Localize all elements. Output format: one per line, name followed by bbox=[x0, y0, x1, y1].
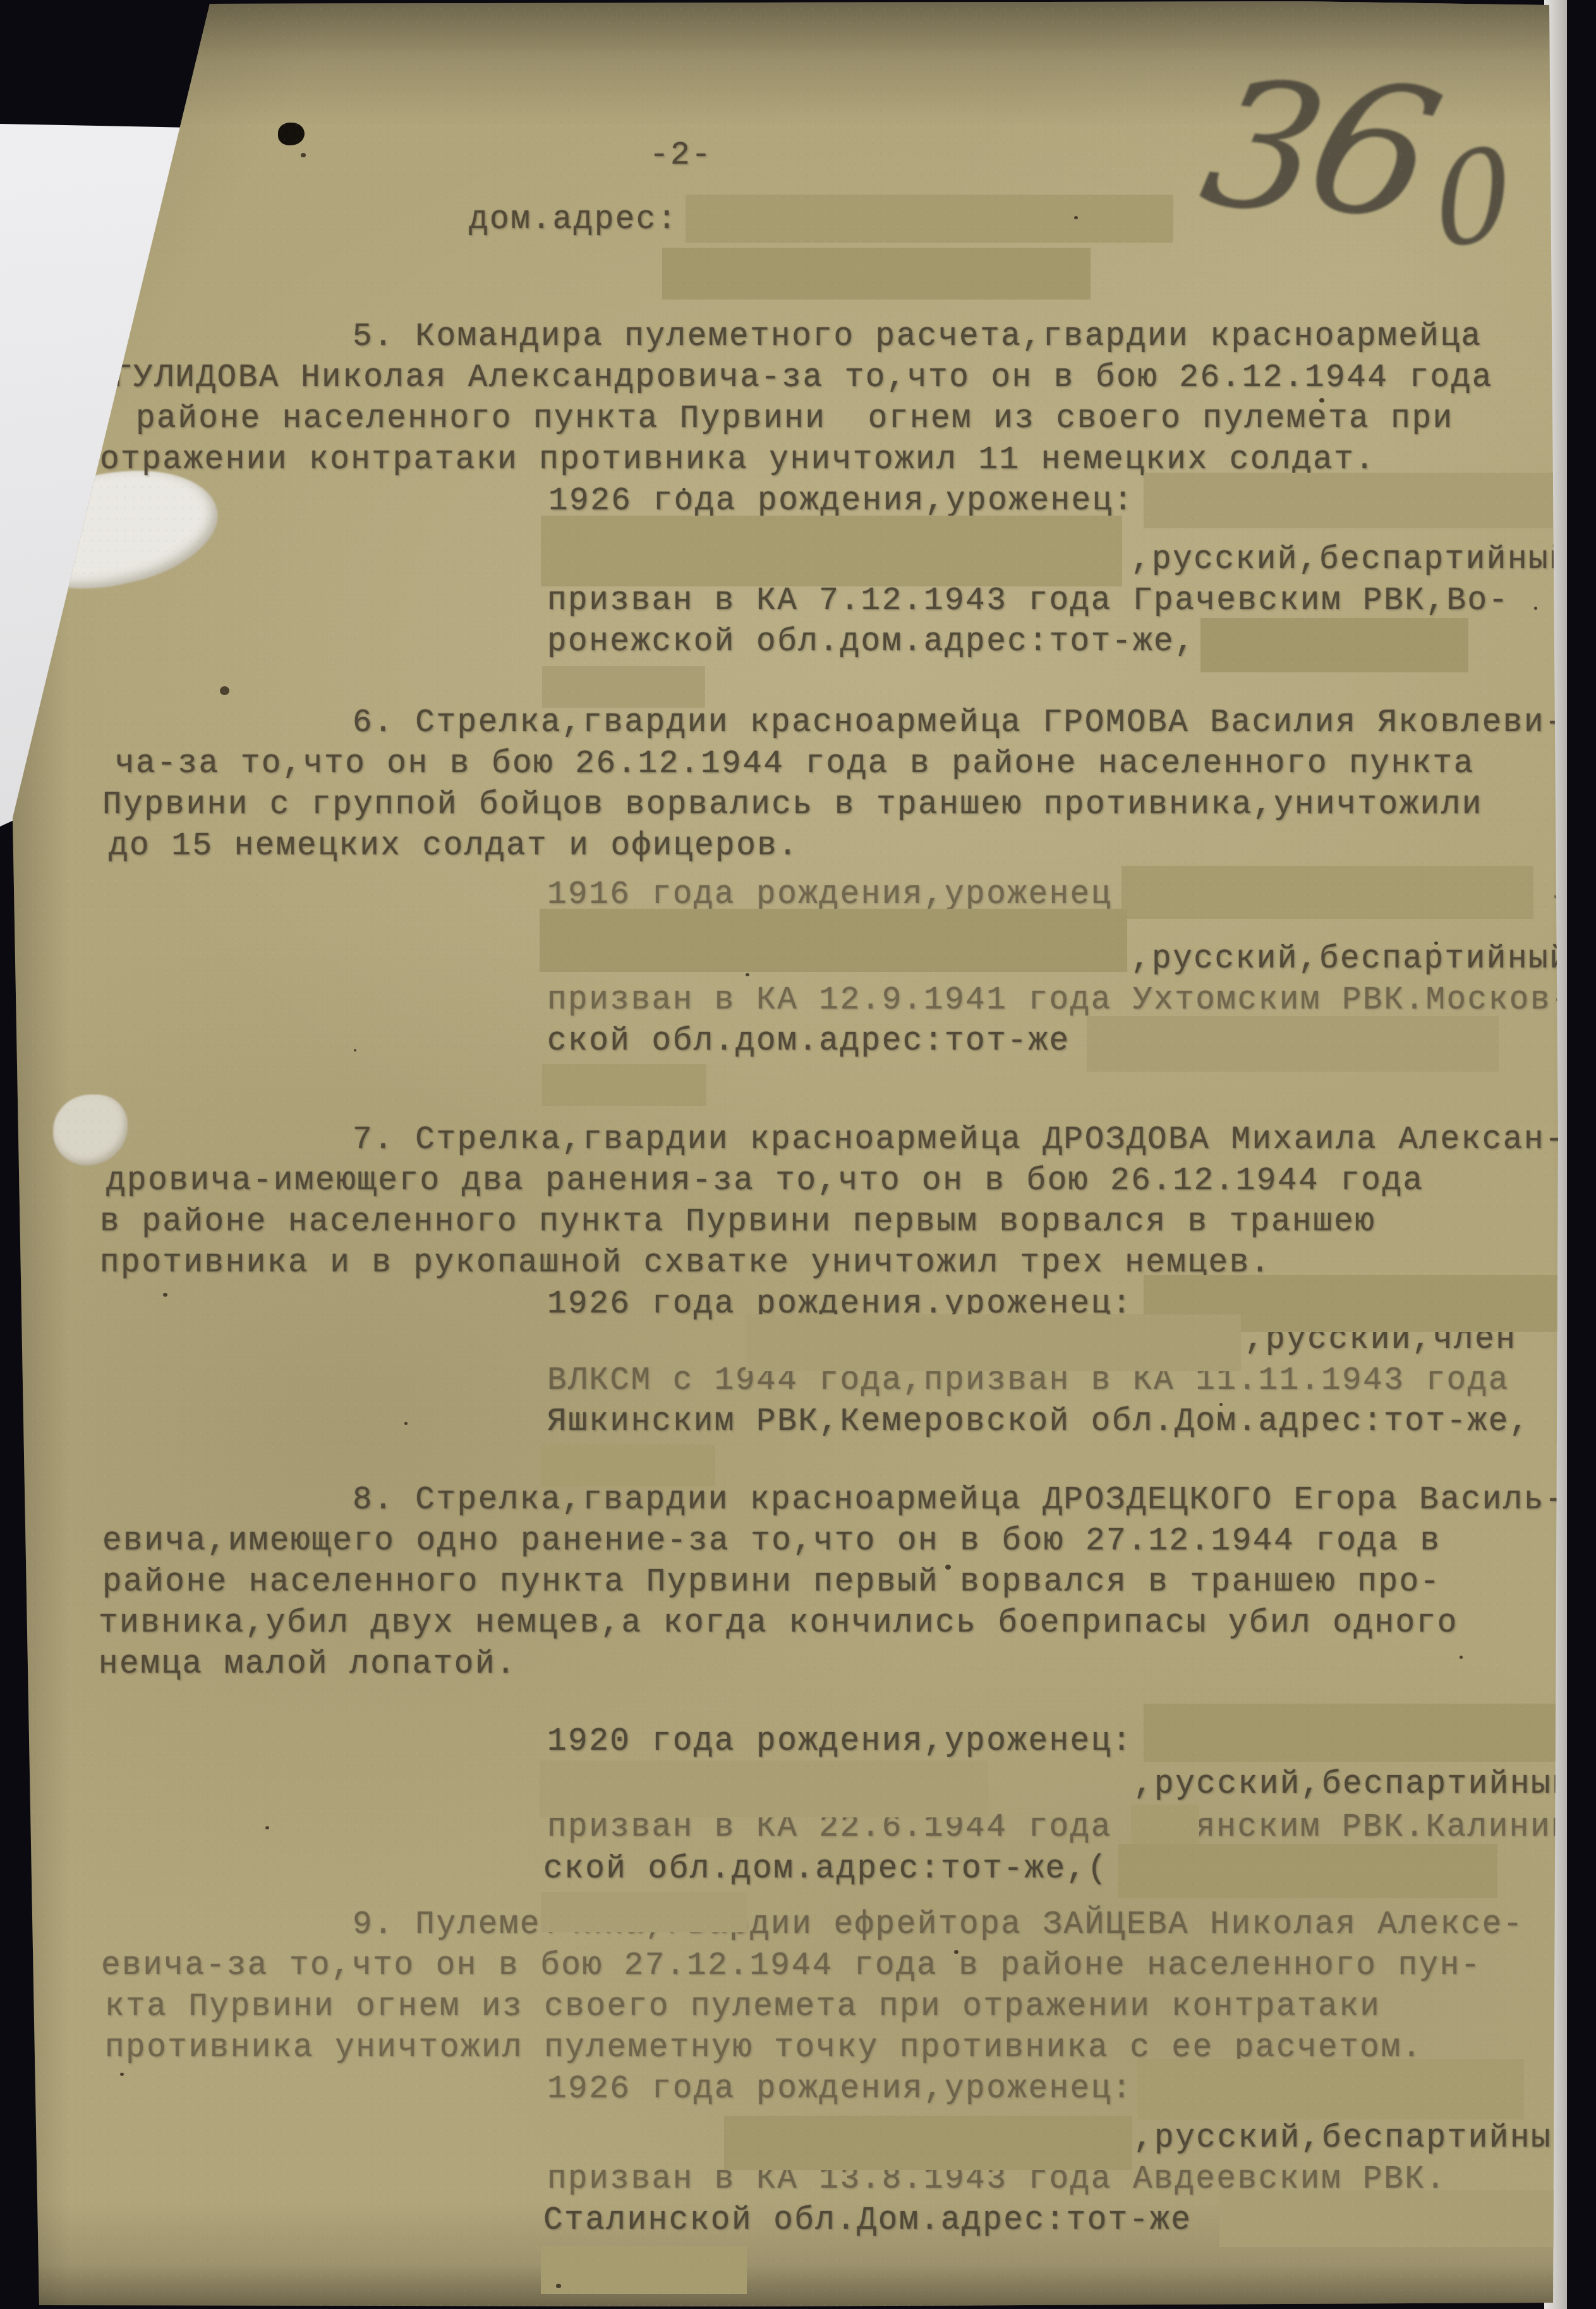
typed-line: 1920 года рождения,уроженец: bbox=[547, 1724, 1133, 1760]
paper-speck bbox=[954, 1950, 958, 1954]
redaction-block bbox=[1144, 473, 1553, 528]
document-sheet: -2-дом.адрес:5. Командира пулеметного ра… bbox=[0, 0, 1596, 2309]
typed-line: противника и в рукопашной схватке уничто… bbox=[100, 1245, 1271, 1282]
typed-line: кта Пурвини огнем из своего пулемета при… bbox=[105, 1989, 1381, 2025]
typed-line: ча-за то,что он в бою 26.12.1944 года в … bbox=[115, 746, 1475, 782]
redaction-block bbox=[541, 2246, 747, 2294]
typed-line: 9. Пулеметчика,гвардии ефрейтора ЗАЙЦЕВА… bbox=[353, 1907, 1524, 1943]
paper-speck bbox=[1219, 1403, 1223, 1406]
redaction-block bbox=[541, 516, 1122, 586]
typed-line: 5. Командира пулеметного расчета,гвардии… bbox=[353, 319, 1482, 355]
redaction-block bbox=[540, 909, 1127, 972]
redaction-block bbox=[540, 1761, 988, 1817]
paper-speck bbox=[1319, 398, 1324, 403]
paper-speck bbox=[746, 973, 749, 976]
typed-line: в районе населенного пункта Пурвини перв… bbox=[100, 1204, 1375, 1240]
typed-line: районе населенного пункта Пурвини первый… bbox=[102, 1565, 1441, 1601]
handwritten-page-number: 3 6 0 bbox=[1203, 28, 1596, 313]
typed-line: -2- bbox=[650, 138, 712, 174]
typed-line: районе населенного пункта Пурвини огнем … bbox=[136, 401, 1454, 437]
typed-line: ,русский,беспартийный, bbox=[1134, 2121, 1593, 2157]
typed-line: ,русский,беспартийный, bbox=[1131, 942, 1591, 978]
typed-line: евича-за то,что он в бою 27.12.1944 года… bbox=[101, 1948, 1482, 1984]
redaction-block bbox=[686, 195, 1173, 243]
redaction-block bbox=[746, 1314, 1241, 1371]
redaction-block bbox=[724, 2116, 1132, 2170]
redaction-block bbox=[662, 248, 1091, 300]
redaction-block bbox=[541, 1445, 715, 1486]
paper-speck bbox=[556, 2284, 561, 2288]
ink-blot bbox=[278, 123, 305, 145]
damage-patch bbox=[53, 1094, 128, 1165]
paper-speck bbox=[945, 1565, 951, 1570]
typed-line: ской обл.дом.адрес:тот-же bbox=[547, 1024, 1070, 1060]
typed-line: ГУЛИДОВА Николая Александровича-за то,чт… bbox=[112, 360, 1493, 396]
typed-line: 6. Стрелка,гвардии красноармейца ГРОМОВА… bbox=[353, 705, 1566, 741]
handwritten-digit: 0 bbox=[1429, 119, 1518, 278]
typed-line: 7. Стрелка,гвардии красноармейца ДРОЗДОВ… bbox=[353, 1122, 1566, 1158]
paper-speck bbox=[1074, 216, 1078, 219]
typed-line: ской обл.дом.адрес:тот-же,( bbox=[543, 1851, 1108, 1888]
redaction-block bbox=[1200, 618, 1468, 672]
redaction-block bbox=[1118, 1844, 1497, 1898]
typed-line: Сталинской обл.Дом.адрес:тот-же bbox=[543, 2203, 1192, 2239]
paper-speck bbox=[1534, 607, 1537, 610]
typed-line: призван в КА 12.9.1941 года Ухтомским РВ… bbox=[547, 983, 1572, 1019]
paper-speck bbox=[301, 153, 306, 157]
paper-speck bbox=[220, 686, 229, 695]
typed-line: евича,имеющего одно ранение-за то,что он… bbox=[102, 1524, 1441, 1560]
redaction-block bbox=[542, 1064, 706, 1106]
redaction-block bbox=[541, 1892, 747, 1932]
paper-speck bbox=[1434, 942, 1438, 945]
typed-line: немца малой лопатой. bbox=[99, 1647, 517, 1683]
paper-speck bbox=[265, 1826, 269, 1829]
typed-line: дровича-имеющего два ранения-за то,что о… bbox=[106, 1163, 1424, 1199]
typed-line: призван в КА 7.12.1943 года Грачевским Р… bbox=[547, 583, 1509, 619]
paper-speck bbox=[354, 1049, 356, 1051]
typed-line: до 15 немецких солдат и офицеров. bbox=[109, 828, 799, 864]
paper-speck bbox=[682, 488, 686, 491]
typed-line: ,русский,беспартийный, bbox=[1131, 542, 1591, 578]
redaction-block bbox=[1137, 2059, 1524, 2119]
redaction-block bbox=[1087, 1016, 1499, 1072]
paper-speck bbox=[120, 2073, 124, 2076]
redaction-block bbox=[542, 666, 705, 708]
typed-line: 8. Стрелка,гвардии красноармейца ДРОЗДЕЦ… bbox=[353, 1482, 1566, 1518]
redaction-block bbox=[1144, 1704, 1586, 1762]
typed-line: ,русский,беспартийный, bbox=[1134, 1767, 1593, 1803]
typed-line: 1926 года рождения,уроженец: bbox=[548, 483, 1134, 519]
paper-speck bbox=[1460, 1656, 1463, 1659]
typed-line: дом.адрес: bbox=[469, 202, 678, 238]
typed-line: тивника,убил двух немцев,а когда кончили… bbox=[99, 1606, 1458, 1642]
typed-line: ронежской обл.дом.адрес:тот-же, bbox=[547, 624, 1195, 660]
typed-line: 1916 года рождения,уроженец bbox=[547, 877, 1112, 913]
redaction-block bbox=[1219, 2190, 1572, 2247]
paper-speck bbox=[404, 1422, 408, 1425]
redaction-block bbox=[1121, 866, 1533, 919]
typed-line: 1926 года рождения,уроженец: bbox=[547, 2071, 1133, 2107]
typed-line: Яшкинским РВК,Кемеровской обл.Дом.адрес:… bbox=[547, 1404, 1530, 1440]
typed-line: Пурвини с группой бойцов ворвались в тра… bbox=[102, 787, 1483, 823]
paper-speck bbox=[163, 1293, 167, 1297]
